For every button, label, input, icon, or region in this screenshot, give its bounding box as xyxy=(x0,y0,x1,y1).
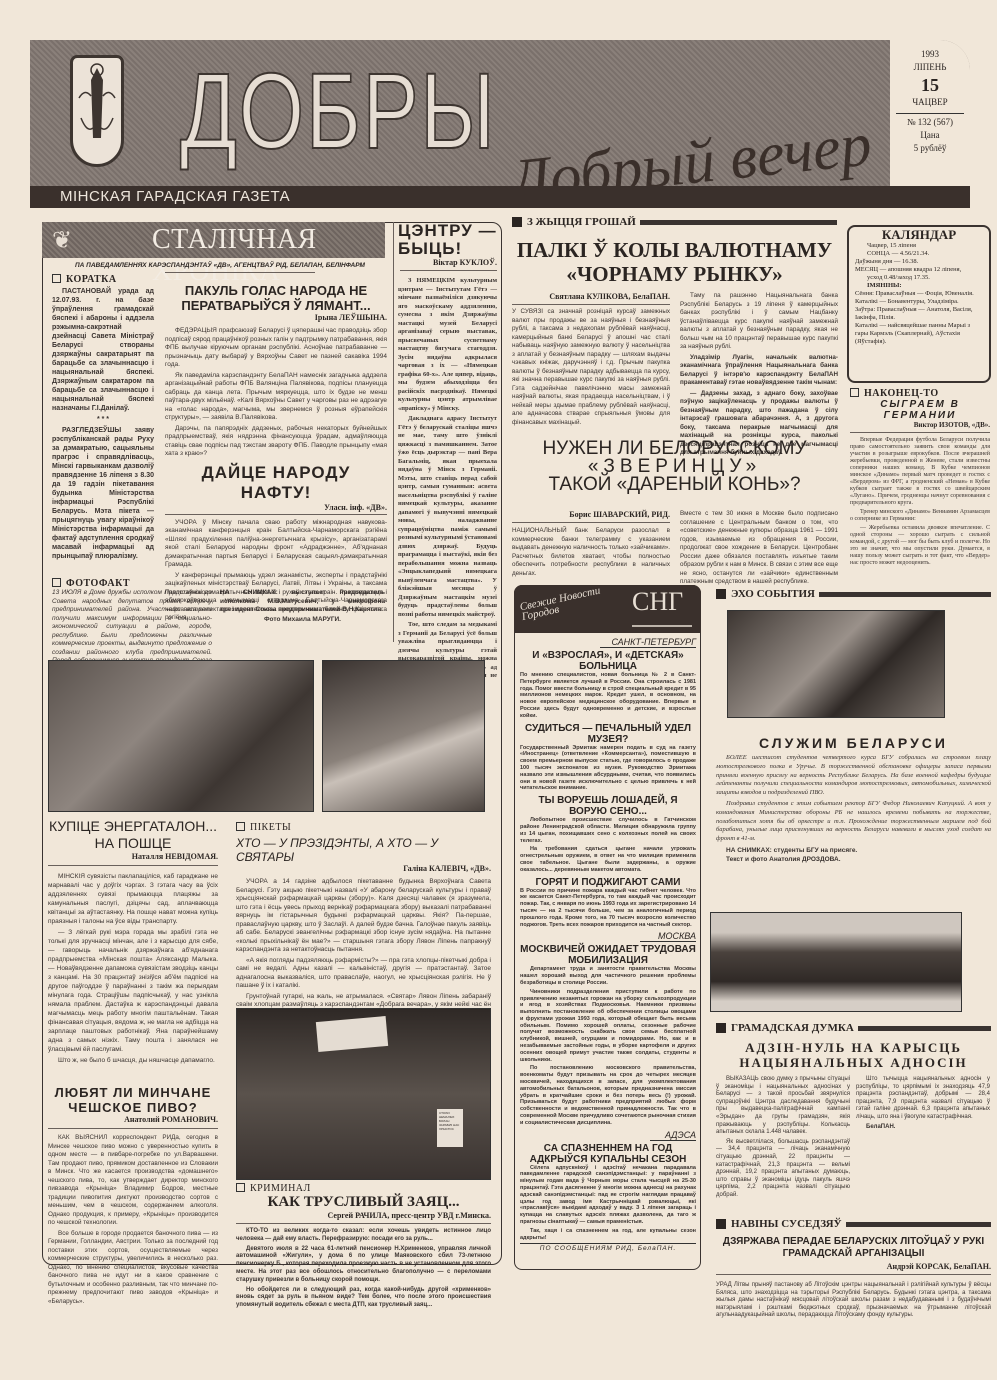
article-text: МІНСКІЯ сувязісты паклапаціліся, каб гар… xyxy=(48,872,218,1065)
lantern-icon: ❦ xyxy=(52,226,72,255)
cis-logo-script: Свежие Новости Городов xyxy=(519,584,611,622)
article-text: З НЯМЕЦКІМ культурным цэнтрам — Інстытут… xyxy=(398,277,497,689)
city-label-spb: САНКТ-ПЕТЕРБУРГ xyxy=(600,637,696,648)
section-square-icon xyxy=(512,217,522,227)
chronicle-sources: ПА ПАВЕДАМЛЕННЯХ КАРЭСПАНДЭНТАЎ «ДВ», АГ… xyxy=(55,262,385,269)
calendar-names-title: ІМЯНІНЫ: xyxy=(855,282,983,290)
article-text: КТО-ТО из великих когда-то сказал: если … xyxy=(236,1228,491,1310)
photo-caption: НА СНИМКАХ: выступает председатель испол… xyxy=(220,589,385,615)
article-zoo-col2: Вместе с тем 30 июня в Москве было подпи… xyxy=(680,510,838,587)
article-text: Сёлета адпускнікоў і адэсітаў нечакана п… xyxy=(520,1165,696,1242)
checkbox-square-icon xyxy=(236,1183,245,1192)
headline: ХТО — У ПРЭЗІДЭНТЫ, А ХТО — У СВЯТАРЫ xyxy=(236,836,491,864)
article-football: НАКОНЕЦ-ТО СЫГРАЕМ В ГЕРМАНИИ Виктор ИЗО… xyxy=(850,388,990,569)
section-square-icon xyxy=(716,1023,726,1033)
calendar-title: КАЛЯНДАР xyxy=(855,231,983,239)
minsk-coat-of-arms-icon xyxy=(70,55,124,167)
article-pakul: ПАКУЛЬ ГОЛАС НАРОДА НЕ ПЕРАТВАРЫЎСЯ Ў ЛЯ… xyxy=(165,283,387,625)
calendar-box: КАЛЯНДАР Чацвер, 15 ліпеня СОНЦА — 4.56/… xyxy=(847,225,991,383)
photofact-kicker: ФОТОФАКТ xyxy=(52,578,387,589)
article-energy-talon: КУПІЦЕ ЭНЕРГАТАЛОН... НА ПОШЦЕ Наталля Н… xyxy=(48,818,218,1067)
cis-sources-footer: ПО СООБЩЕНИЯМ РИД, БелаПАН. xyxy=(520,1243,696,1252)
calendar-tomorrow-orthodox: Заўтра: Праваслаўныя — Анатоля, Васіля, … xyxy=(855,306,983,322)
article-text: КАК ВЫЯСНИЛ корреспондент РИДа, сегодня … xyxy=(48,1134,218,1306)
photo-students-oath xyxy=(727,610,945,718)
section-bar-money: З ЖЫЦЦЯ ГРОШАЙ xyxy=(512,216,837,228)
article-text: Впервые Федерация футбола Беларуси получ… xyxy=(850,437,990,567)
price: 5 рублёў xyxy=(890,142,970,155)
checkbox-square-icon xyxy=(850,388,859,397)
headline-opinion: АДЗІН-НУЛЬ НА КАРЫСЦЬ НАЦЫЯНАЛЬНЫХ АДНОС… xyxy=(716,1040,991,1070)
checkbox-square-icon xyxy=(236,822,245,831)
headline-neighbors: ДЗЯРЖАВА ПЕРАДАЕ БЕЛАРУСКІХ ЛІТОЎЦАЎ У Р… xyxy=(716,1236,991,1260)
section-bar-neighbors: НАВІНЫ СУСЕДЗЯЎ xyxy=(716,1218,991,1230)
article-criminal: КРИМИНАЛ КАК ТРУСЛИВЫЙ ЗАЯЦ... Сергей РА… xyxy=(236,1183,491,1312)
article-text: По мнению специалистов, новая больница №… xyxy=(520,672,696,720)
article-czech-beer: ЛЮБЯТ ЛИ МИНЧАНЕ ЧЕШСКОЕ ПИВО? Анатолий … xyxy=(48,1085,218,1308)
city-label-odessa: АДЭСА xyxy=(650,1130,696,1141)
section-square-icon xyxy=(716,589,726,599)
photo-picket-flag: СТОЛКІ НЕМАЛЫХ БОЛАН ЗАРАБІЛІ НАС ХРЫСТО… xyxy=(236,1008,491,1180)
city-skyline-icon xyxy=(632,617,692,627)
calendar-day-length: Даўжыня дня — 16.38. xyxy=(855,258,983,266)
headline: СЛУЖИМ БЕЛАРУСИ xyxy=(716,735,991,751)
issue-day: 15 xyxy=(890,74,970,96)
picket-sign: СТОЛКІ НЕМАЛЫХ БОЛАН ЗАРАБІЛІ НАС ХРЫСТО… xyxy=(437,1109,463,1147)
byline: Андрэй КОРСАК, БелаПАН. xyxy=(716,1262,991,1275)
headline: СУДИТЬСЯ — ПЕЧАЛЬНЫЙ УДЕЛ МУЗЕЯ? xyxy=(520,723,696,745)
calendar-date: Чацвер, 15 ліпеня xyxy=(855,242,983,250)
article-money-col2: Таму па рашэнню Нацыянальнага банка Рэсп… xyxy=(680,292,838,460)
headline: СА СПАЗНЕННЕМ НА ГОД АДКРЫЎСЯ КУПАЛЬНЫ С… xyxy=(520,1143,696,1165)
brief-kicker: КОРАТКА xyxy=(52,274,154,285)
headline: ТЫ ВОРУЕШЬ ЛОШАДЕЙ, Я ВОРУЮ СЕНО... xyxy=(520,795,696,817)
chronicle-banner-title: СТАЛІЧНАЯ ХРОНІКА xyxy=(152,224,385,288)
article-text: НАЦИОНАЛЬНЫЙ банк Беларуси разослал в ко… xyxy=(512,527,670,578)
byline: Наталля НЕВІДОМАЯ. xyxy=(48,852,218,866)
article-serve-belarus: СЛУЖИМ БЕЛАРУСИ БОЛЕЕ шестисот студентов… xyxy=(716,735,991,864)
byline: Святлана КУЛІКОВА, БелаПАН. xyxy=(512,292,670,305)
headline: ГОРЯТ И ПОДЖИГАЮТ САМИ xyxy=(520,877,696,888)
photo-meeting-hall xyxy=(48,660,314,812)
criminal-kicker: КРИМИНАЛ xyxy=(236,1183,491,1194)
article-text: Любопытное происшествие случилось в Гатч… xyxy=(520,817,696,873)
cis-logo-title: СНГ xyxy=(632,587,683,617)
issue-year: 1993 xyxy=(890,48,970,61)
article-pickets: ПІКЕТЫ ХТО — У ПРЭЗІДЭНТЫ, А ХТО — У СВЯ… xyxy=(236,822,491,1020)
section-square-icon xyxy=(716,1219,726,1229)
byline: Віктар КУКЛОЎ. xyxy=(400,258,497,271)
brief-news-column: КОРАТКА ПАСТАНОВАЙ урада ад 12.07.93. г.… xyxy=(52,274,154,563)
article-text: У СУВЯЗІ са значнай розніцай курсаў заме… xyxy=(512,308,670,427)
masthead: ДОБРЫ ВЕЧАР Добрый вечер 1993 ЛІПЕНЬ 15 … xyxy=(30,40,970,208)
byline: Виктор ИЗОТОВ, «ДВ». xyxy=(850,421,990,433)
article-text: БОЛЕЕ шестисот студентов четвертого курс… xyxy=(716,754,991,844)
cis-logo-banner: Свежие Новости Городов СНГ xyxy=(514,585,701,633)
article-text: В России по причине пожара каждый час ги… xyxy=(520,888,696,929)
calendar-today-orthodox: Сёння: Праваслаўныя — Фоція, Ювеналія. xyxy=(855,290,983,298)
photo-credit: Текст и фото Анатолия ДРОЗДОВА. xyxy=(716,855,991,864)
issue-month: ЛІПЕНЬ xyxy=(890,61,970,74)
issue-weekday: ЧАЦВЕР xyxy=(890,96,970,109)
photo-caption: НА СНИМКАХ: студенты БГУ на присяге. xyxy=(716,846,991,855)
photo-parade-march xyxy=(710,912,962,1012)
football-kicker: НАКОНЕЦ-ТО xyxy=(850,388,990,399)
price-label: Цана xyxy=(890,129,970,142)
photo-speaker-microphone xyxy=(322,660,485,812)
brief-text: ПАСТАНОВАЙ урада ад 12.07.93. г. на базе… xyxy=(52,287,154,561)
masthead-subtitle: МІНСКАЯ ГАРАДСКАЯ ГАЗЕТА xyxy=(30,186,970,208)
byline: Ірына ЛЕЎШЫНА. xyxy=(165,313,387,322)
headline: КУПІЦЕ ЭНЕРГАТАЛОН... НА ПОШЦЕ xyxy=(48,818,218,852)
cis-spb-articles: САНКТ-ПЕТЕРБУРГ И «ВЗРОСЛАЯ», И «ДЕТСКАЯ… xyxy=(520,637,696,1252)
pickets-kicker: ПІКЕТЫ xyxy=(236,822,491,833)
byline: Сергей РАЧИЛА, пресс-центр УВД г.Минска. xyxy=(236,1211,491,1224)
checkbox-square-icon xyxy=(52,578,61,587)
headline: ЛЮБЯТ ЛИ МИНЧАНЕ ЧЕШСКОЕ ПИВО? xyxy=(48,1085,218,1115)
article-opinion-col1: ВЫКАЗАЦЬ свою думку з прычыны сітуацыі ў… xyxy=(716,1076,850,1202)
article-goethe-centre: ЦЭНТРУ — БЫЦЬ! Віктар КУКЛОЎ. З НЯМЕЦКІМ… xyxy=(392,222,497,691)
article-zoo-col1: Борис ШАВАРСКИЙ, РИД. НАЦИОНАЛЬНЫЙ банк … xyxy=(512,510,670,578)
calendar-tomorrow-catholic: Каталікі — найсвяцейшае панны Марыі з га… xyxy=(855,322,983,346)
headline: МОСКВИЧЕЙ ОЖИДАЕТ ТРУДОВАЯ МОБИЛИЗАЦИЯ xyxy=(520,944,696,966)
article-neighbors-text: УРАД Літвы прыняў пастанову аб Літоўскім… xyxy=(716,1282,991,1320)
article-text: ФЕДЭРАЦЫЯ прафсаюзаў Беларусі ў цяперашн… xyxy=(165,327,387,459)
headline-nafta: ДАЙЦЕ НАРОДУ НАФТУ! xyxy=(165,463,387,503)
section-bar-echo: ЭХО СОБЫТИЯ xyxy=(716,588,991,600)
flag-shape xyxy=(316,1016,388,1052)
article-opinion-col2: Што тычыцца нацыянальных адносін у рэспу… xyxy=(856,1076,990,1133)
headline: ПАКУЛЬ ГОЛАС НАРОДА НЕ ПЕРАТВАРЫЎСЯ Ў ЛЯ… xyxy=(165,283,387,313)
chronicle-banner: ❦ СТАЛІЧНАЯ ХРОНІКА xyxy=(42,222,385,258)
article-text: Государственный Эрмитаж намерен подать в… xyxy=(520,745,696,793)
calendar-moon-times: усход 0.48/заход 17.35. xyxy=(855,274,983,282)
issue-number: № 132 (567) xyxy=(896,113,964,129)
photo-credit: Фото Михаила МАРУГИ. xyxy=(220,615,385,624)
divider xyxy=(165,272,315,273)
headline-money: ПАЛКІ Ў КОЛЫ ВАЛЮТНАМУ «ЧОРНАМУ РЫНКУ» xyxy=(512,238,837,286)
calendar-moon: МЕСЯЦ — апошняя квадра 12 ліпеня, xyxy=(855,266,983,274)
section-bar-opinion: ГРАМАДСКАЯ ДУМКА xyxy=(716,1022,991,1034)
calendar-today-catholic: Каталікі — Бонавентуры, Уладзіміра. xyxy=(855,298,983,306)
byline: Уласн. інф. «ДВ». xyxy=(165,503,387,515)
headline: ЦЭНТРУ — БЫЦЬ! xyxy=(392,222,497,258)
byline: Анатолий РОМАНОВИЧ. xyxy=(48,1115,218,1129)
checkbox-square-icon xyxy=(52,274,61,283)
article-text: УЧОРА а 14 гадзіне адбылося пікетаванне … xyxy=(236,878,491,1018)
headline: СЫГРАЕМ В ГЕРМАНИИ xyxy=(850,399,990,421)
calendar-sun: СОНЦА — 4.56/21.34. xyxy=(855,250,983,258)
headline: И «ВЗРОСЛАЯ», И «ДЕТСКАЯ» БОЛЬНИЦА xyxy=(520,650,696,672)
byline: Борис ШАВАРСКИЙ, РИД. xyxy=(512,510,670,523)
city-label-moscow: МОСКВА xyxy=(640,931,696,942)
headline-zoo: НУЖЕН ЛИ БЕЛОРУССКОМУ «ЗВЕРИНЦУ» ТАКОЙ «… xyxy=(512,440,837,494)
byline: Галіна КАЛЕВІЧ, «ДВ». xyxy=(236,864,491,873)
headline: КАК ТРУСЛИВЫЙ ЗАЯЦ... xyxy=(236,1194,491,1211)
issue-date-box: 1993 ЛІПЕНЬ 15 ЧАЦВЕР № 132 (567) Цана 5… xyxy=(890,40,970,186)
article-text: Департамент труда и занятости правительс… xyxy=(520,966,696,1126)
article-money-col1: Святлана КУЛІКОВА, БелаПАН. У СУВЯЗІ са … xyxy=(512,292,670,427)
